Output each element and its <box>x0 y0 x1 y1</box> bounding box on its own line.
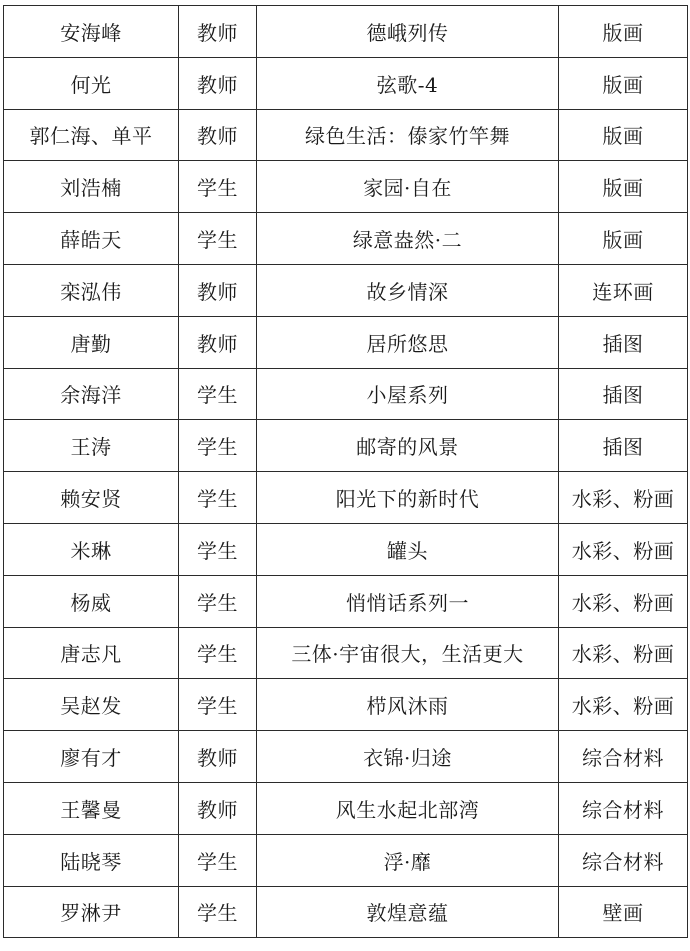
title-cell: 德峨列传 <box>257 6 559 58</box>
role-cell: 教师 <box>179 57 257 109</box>
author-cell: 王馨曼 <box>4 782 179 834</box>
role-cell: 学生 <box>179 472 257 524</box>
title-cell: 三体·宇宙很大，生活更大 <box>257 627 559 679</box>
author-cell: 杨威 <box>4 575 179 627</box>
author-cell: 郭仁海、单平 <box>4 109 179 161</box>
category-cell: 水彩、粉画 <box>559 627 688 679</box>
role-cell: 学生 <box>179 161 257 213</box>
category-cell: 插图 <box>559 420 688 472</box>
role-cell: 学生 <box>179 523 257 575</box>
category-cell: 连环画 <box>559 264 688 316</box>
title-cell: 邮寄的风景 <box>257 420 559 472</box>
title-cell: 弦歌-4 <box>257 57 559 109</box>
table-row: 廖有才 教师 衣锦·归途 综合材料 <box>4 731 688 783</box>
table-row: 安海峰 教师 德峨列传 版画 <box>4 6 688 58</box>
category-cell: 插图 <box>559 368 688 420</box>
category-cell: 版画 <box>559 57 688 109</box>
category-cell: 综合材料 <box>559 834 688 886</box>
table-row: 唐勤 教师 居所悠思 插图 <box>4 316 688 368</box>
category-cell: 综合材料 <box>559 782 688 834</box>
author-cell: 何光 <box>4 57 179 109</box>
role-cell: 教师 <box>179 316 257 368</box>
role-cell: 学生 <box>179 420 257 472</box>
title-cell: 敦煌意蕴 <box>257 886 559 938</box>
role-cell: 学生 <box>179 368 257 420</box>
category-cell: 水彩、粉画 <box>559 679 688 731</box>
author-cell: 唐志凡 <box>4 627 179 679</box>
author-cell: 安海峰 <box>4 6 179 58</box>
title-cell: 悄悄话系列一 <box>257 575 559 627</box>
author-cell: 赖安贤 <box>4 472 179 524</box>
title-cell: 罐头 <box>257 523 559 575</box>
author-cell: 廖有才 <box>4 731 179 783</box>
role-cell: 教师 <box>179 264 257 316</box>
role-cell: 学生 <box>179 627 257 679</box>
category-cell: 水彩、粉画 <box>559 472 688 524</box>
author-cell: 栾泓伟 <box>4 264 179 316</box>
author-cell: 余海洋 <box>4 368 179 420</box>
role-cell: 教师 <box>179 782 257 834</box>
author-cell: 薛皓天 <box>4 213 179 265</box>
role-cell: 学生 <box>179 575 257 627</box>
table-row: 刘浩楠 学生 家园·自在 版画 <box>4 161 688 213</box>
category-cell: 插图 <box>559 316 688 368</box>
table-row: 陆晓琴 学生 浮·靡 综合材料 <box>4 834 688 886</box>
category-cell: 水彩、粉画 <box>559 523 688 575</box>
table-row: 罗淋尹 学生 敦煌意蕴 壁画 <box>4 886 688 938</box>
title-cell: 衣锦·归途 <box>257 731 559 783</box>
category-cell: 水彩、粉画 <box>559 575 688 627</box>
role-cell: 学生 <box>179 213 257 265</box>
role-cell: 学生 <box>179 834 257 886</box>
author-cell: 吴赵发 <box>4 679 179 731</box>
table-row: 栾泓伟 教师 故乡情深 连环画 <box>4 264 688 316</box>
title-cell: 居所悠思 <box>257 316 559 368</box>
role-cell: 教师 <box>179 6 257 58</box>
author-cell: 唐勤 <box>4 316 179 368</box>
title-cell: 浮·靡 <box>257 834 559 886</box>
category-cell: 版画 <box>559 161 688 213</box>
role-cell: 教师 <box>179 109 257 161</box>
title-cell: 栉风沐雨 <box>257 679 559 731</box>
category-cell: 壁画 <box>559 886 688 938</box>
title-cell: 风生水起北部湾 <box>257 782 559 834</box>
author-cell: 刘浩楠 <box>4 161 179 213</box>
table-row: 吴赵发 学生 栉风沐雨 水彩、粉画 <box>4 679 688 731</box>
category-cell: 版画 <box>559 213 688 265</box>
title-cell: 绿色生活：傣家竹竿舞 <box>257 109 559 161</box>
table-row: 赖安贤 学生 阳光下的新时代 水彩、粉画 <box>4 472 688 524</box>
table-row: 王涛 学生 邮寄的风景 插图 <box>4 420 688 472</box>
title-cell: 绿意盎然·二 <box>257 213 559 265</box>
table-row: 杨威 学生 悄悄话系列一 水彩、粉画 <box>4 575 688 627</box>
title-cell: 阳光下的新时代 <box>257 472 559 524</box>
author-cell: 王涛 <box>4 420 179 472</box>
artwork-list-table: 安海峰 教师 德峨列传 版画 何光 教师 弦歌-4 版画 郭仁海、单平 教师 绿… <box>3 5 688 938</box>
title-cell: 故乡情深 <box>257 264 559 316</box>
table-row: 郭仁海、单平 教师 绿色生活：傣家竹竿舞 版画 <box>4 109 688 161</box>
table-row: 薛皓天 学生 绿意盎然·二 版画 <box>4 213 688 265</box>
table-row: 唐志凡 学生 三体·宇宙很大，生活更大 水彩、粉画 <box>4 627 688 679</box>
category-cell: 综合材料 <box>559 731 688 783</box>
role-cell: 教师 <box>179 731 257 783</box>
role-cell: 学生 <box>179 886 257 938</box>
category-cell: 版画 <box>559 6 688 58</box>
author-cell: 陆晓琴 <box>4 834 179 886</box>
author-cell: 米琳 <box>4 523 179 575</box>
role-cell: 学生 <box>179 679 257 731</box>
category-cell: 版画 <box>559 109 688 161</box>
table-row: 王馨曼 教师 风生水起北部湾 综合材料 <box>4 782 688 834</box>
table-row: 米琳 学生 罐头 水彩、粉画 <box>4 523 688 575</box>
table-row: 余海洋 学生 小屋系列 插图 <box>4 368 688 420</box>
table-row: 何光 教师 弦歌-4 版画 <box>4 57 688 109</box>
title-cell: 小屋系列 <box>257 368 559 420</box>
author-cell: 罗淋尹 <box>4 886 179 938</box>
title-cell: 家园·自在 <box>257 161 559 213</box>
